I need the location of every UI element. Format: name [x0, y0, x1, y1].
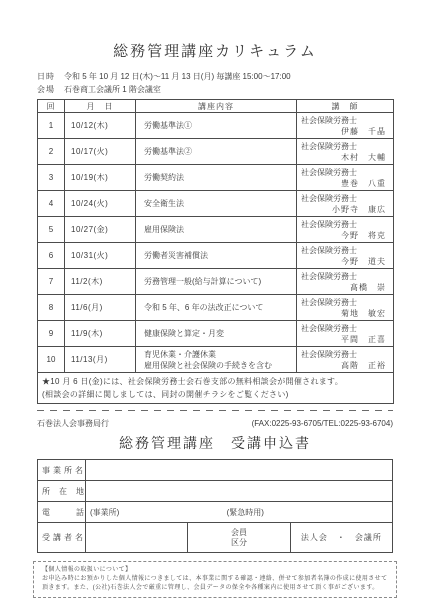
form-row-address: 所在地: [38, 481, 393, 502]
phone-label: 電話: [38, 502, 86, 523]
session-instructor: 社会保険労務士小野寺 康広: [297, 191, 394, 217]
header-session-no: 回: [38, 100, 65, 113]
privacy-body: お申込み時にお預かりした個人情報につきましては、本事業に関する確認・連絡、併せて…: [42, 575, 388, 593]
datetime-label: 日時: [37, 70, 55, 83]
session-instructor: 社会保険労務士木村 大輔: [297, 139, 394, 165]
curriculum-table: 回 月 日 講座内容 講 師 110/12(木)労働基準法①社会保険労務士伊藤 …: [37, 99, 394, 404]
session-instructor: 社会保険労務士高階 正裕: [297, 347, 394, 373]
curriculum-note-cell: ★10 月 6 日(金)には、社会保険労務士会石巻支部の無料相談会が開催されます…: [38, 373, 394, 404]
session-date: 10/17(火): [65, 139, 136, 165]
member-type-label: 会員 区分: [188, 523, 290, 553]
session-instructor: 社会保険労務士今野 道夫: [297, 243, 394, 269]
curriculum-row: 210/17(火)労働基準法②社会保険労務士木村 大輔: [38, 139, 394, 165]
session-date: 10/24(火): [65, 191, 136, 217]
curriculum-row: 310/19(木)労働契約法社会保険労務士豊巻 八重: [38, 165, 394, 191]
note-line-2: (相談会の詳細に関しましては、同封の開催チラシをご覧ください): [42, 388, 389, 401]
curriculum-row: 410/24(火)安全衛生法社会保険労務士小野寺 康広: [38, 191, 394, 217]
recipient-row: 石巻法人会事務局行 (FAX:0225-93-6705/TEL:0225-93-…: [37, 418, 393, 429]
note-line-1: ★10 月 6 日(金)には、社会保険労務士会石巻支部の無料相談会が開催されます…: [42, 375, 389, 388]
document-page: 総務管理講座カリキュラム 日時 令和 5 年 10 月 12 日(木)～11 月…: [0, 0, 424, 600]
curriculum-title: 総務管理講座カリキュラム: [37, 40, 393, 61]
curriculum-row: 911/9(木)健康保険と算定・月変社会保険労務士平間 正喜: [38, 321, 394, 347]
member-label-line1: 会員: [188, 528, 289, 538]
session-instructor: 社会保険労務士髙橋 崇: [297, 269, 394, 295]
session-no: 4: [38, 191, 65, 217]
fax-tel-contact: (FAX:0225-93-6705/TEL:0225-93-6704): [252, 418, 393, 429]
address-field: [86, 481, 393, 502]
session-instructor: 社会保険労務士今野 将克: [297, 217, 394, 243]
session-no: 3: [38, 165, 65, 191]
member-type-options: 法人会 ・ 会議所: [290, 523, 392, 553]
session-no: 2: [38, 139, 65, 165]
session-no: 1: [38, 113, 65, 139]
curriculum-rows: 110/12(木)労働基準法①社会保険労務士伊藤 千晶210/17(火)労働基準…: [38, 113, 394, 373]
curriculum-row: 610/31(火)労働者災害補償法社会保険労務士今野 道夫: [38, 243, 394, 269]
session-instructor: 社会保険労務士平間 正喜: [297, 321, 394, 347]
session-date: 10/31(火): [65, 243, 136, 269]
session-date: 10/27(金): [65, 217, 136, 243]
session-instructor: 社会保険労務士伊藤 千晶: [297, 113, 394, 139]
form-row-phone: 電話 (事業所) (緊急時用): [38, 502, 393, 523]
recipient-name: 石巻法人会事務局行: [37, 418, 109, 429]
form-row-attendee: 受講者名 会員 区分 法人会 ・ 会議所: [38, 523, 393, 553]
session-no: 5: [38, 217, 65, 243]
application-form-table: 事業所名 所在地 電話 (事業所) (緊急時用) 受講者名 会員 区分 法人会 …: [37, 459, 393, 553]
datetime-value: 令和 5 年 10 月 12 日(木)～11 月 13 日(月) 毎講座 15:…: [64, 70, 291, 83]
session-content: 育児休業・介護休業雇用保険と社会保険の手続きを含む: [136, 347, 297, 373]
attendee-label: 受講者名: [38, 523, 86, 553]
curriculum-note-row: ★10 月 6 日(金)には、社会保険労務士会石巻支部の無料相談会が開催されます…: [38, 373, 394, 404]
application-title: 総務管理講座 受講申込書: [37, 433, 393, 453]
office-name-label: 事業所名: [38, 460, 86, 481]
session-date: 10/12(木): [65, 113, 136, 139]
venue-line: 会場 石巻商工会議所 1 階会議室: [37, 83, 393, 96]
session-no: 8: [38, 295, 65, 321]
session-content: 労務管理一般(給与計算について): [136, 269, 297, 295]
session-content: 労働契約法: [136, 165, 297, 191]
session-content: 令和 5 年、6 年の法改正について: [136, 295, 297, 321]
header-date: 月 日: [65, 100, 136, 113]
session-no: 6: [38, 243, 65, 269]
curriculum-header-row: 回 月 日 講座内容 講 師: [38, 100, 394, 113]
curriculum-row: 510/27(金)雇用保険法社会保険労務士今野 将克: [38, 217, 394, 243]
venue-value: 石巻商工会議所 1 階会議室: [64, 83, 161, 96]
attendee-field: [86, 523, 188, 553]
header-instructor: 講 師: [297, 100, 394, 113]
session-content: 雇用保険法: [136, 217, 297, 243]
session-date: 11/6(月): [65, 295, 136, 321]
privacy-notice: 【個人情報の取扱いについて】 お申込み時にお預かりした個人情報につきましては、本…: [33, 561, 397, 598]
curriculum-row: 1011/13(月)育児休業・介護休業雇用保険と社会保険の手続きを含む社会保険労…: [38, 347, 394, 373]
cut-line-divider: [37, 409, 393, 411]
session-date: 11/2(木): [65, 269, 136, 295]
session-instructor: 社会保険労務士菊地 敏宏: [297, 295, 394, 321]
session-no: 7: [38, 269, 65, 295]
session-content: 労働者災害補償法: [136, 243, 297, 269]
session-content: 安全衛生法: [136, 191, 297, 217]
address-label: 所在地: [38, 481, 86, 502]
phone-field: (事業所) (緊急時用): [86, 502, 393, 523]
datetime-line: 日時 令和 5 年 10 月 12 日(木)～11 月 13 日(月) 毎講座 …: [37, 70, 393, 83]
session-content: 労働基準法②: [136, 139, 297, 165]
session-date: 11/13(月): [65, 347, 136, 373]
session-no: 10: [38, 347, 65, 373]
session-date: 10/19(木): [65, 165, 136, 191]
form-row-office: 事業所名: [38, 460, 393, 481]
venue-label: 会場: [37, 83, 55, 96]
phone-office-hint: (事業所): [90, 508, 119, 517]
session-content: 労働基準法①: [136, 113, 297, 139]
phone-emergency-hint: (緊急時用): [227, 508, 264, 517]
header-content: 講座内容: [136, 100, 297, 113]
session-no: 9: [38, 321, 65, 347]
privacy-title: 【個人情報の取扱いについて】: [42, 566, 388, 575]
curriculum-row: 110/12(木)労働基準法①社会保険労務士伊藤 千晶: [38, 113, 394, 139]
session-content: 健康保険と算定・月変: [136, 321, 297, 347]
curriculum-row: 811/6(月)令和 5 年、6 年の法改正について社会保険労務士菊地 敏宏: [38, 295, 394, 321]
session-date: 11/9(木): [65, 321, 136, 347]
session-instructor: 社会保険労務士豊巻 八重: [297, 165, 394, 191]
curriculum-row: 711/2(木)労務管理一般(給与計算について)社会保険労務士髙橋 崇: [38, 269, 394, 295]
office-name-field: [86, 460, 393, 481]
member-label-line2: 区分: [188, 538, 289, 548]
